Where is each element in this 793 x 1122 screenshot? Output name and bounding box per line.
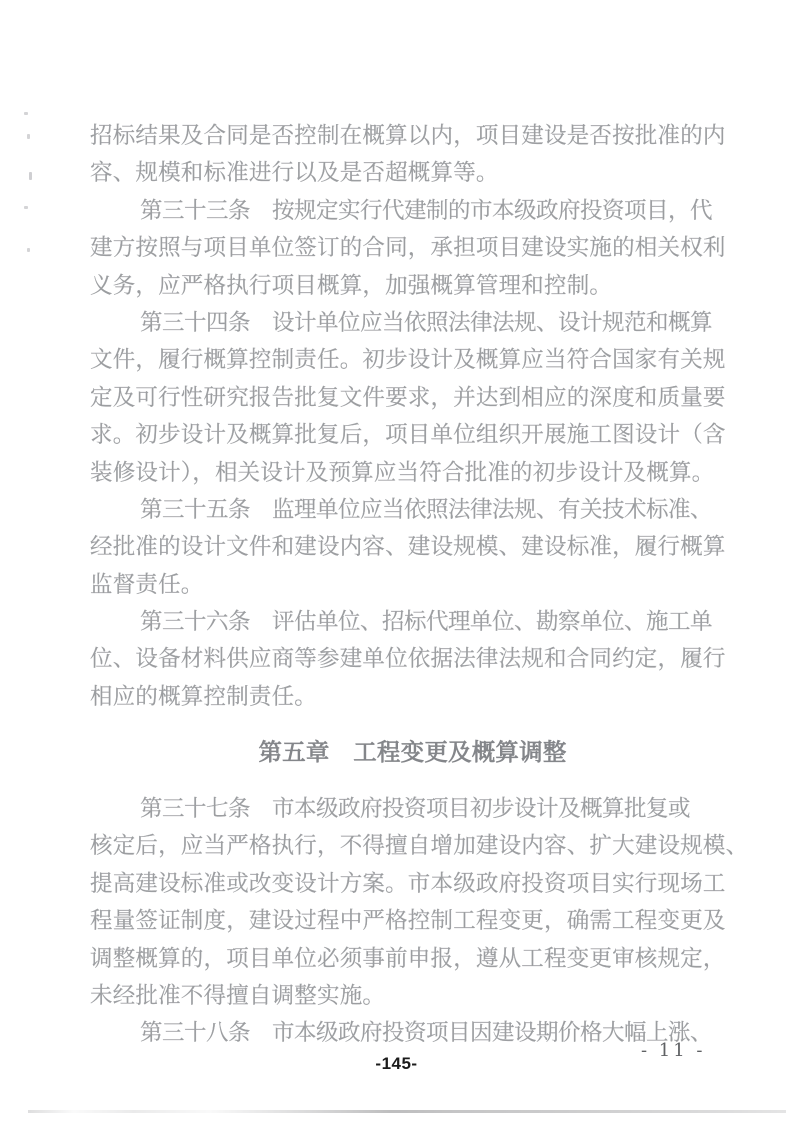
text-line: 调整概算的，项目单位必须事前申报，遵从工程变更审核规定， [90, 940, 735, 977]
text-line: 第三十三条 按规定实行代建制的市本级政府投资项目，代 [90, 192, 735, 229]
article-38: 第三十八条 市本级政府投资项目因建设期价格大幅上涨、 [90, 1014, 735, 1051]
scan-speck-artifact [29, 172, 32, 180]
text-line: 义务，应严格执行项目概算，加强概算管理和控制。 [90, 267, 735, 304]
text-line: 经批准的设计文件和建设内容、建设规模、建设标准，履行概算 [90, 528, 735, 565]
chapter-heading: 第五章 工程变更及概算调整 [90, 734, 735, 771]
text-line: 定及可行性研究报告批复文件要求，并达到相应的深度和质量要 [90, 379, 735, 416]
text-line: 未经批准不得擅自调整实施。 [90, 977, 735, 1014]
text-line: 相应的概算控制责任。 [90, 678, 735, 715]
text-line: 第三十八条 市本级政府投资项目因建设期价格大幅上涨、 [90, 1014, 735, 1051]
text-line: 程量签证制度，建设过程中严格控制工程变更，确需工程变更及 [90, 902, 735, 939]
text-line: 位、设备材料供应商等参建单位依据法律法规和合同约定，履行 [90, 640, 735, 677]
article-34: 第三十四条 设计单位应当依照法律法规、设计规范和概算 文件，履行概算控制责任。初… [90, 304, 735, 491]
text-line: 文件，履行概算控制责任。初步设计及概算应当符合国家有关规 [90, 341, 735, 378]
text-line: 第三十四条 设计单位应当依照法律法规、设计规范和概算 [90, 304, 735, 341]
text-line: 监督责任。 [90, 566, 735, 603]
scan-edge-artifact [28, 1110, 786, 1113]
article-37: 第三十七条 市本级政府投资项目初步设计及概算批复或 核定后，应当严格执行，不得擅… [90, 790, 735, 1014]
text-line: 第三十七条 市本级政府投资项目初步设计及概算批复或 [90, 790, 735, 827]
scan-speck-artifact [24, 206, 28, 209]
text-line: 第三十五条 监理单位应当依照法律法规、有关技术标准、 [90, 491, 735, 528]
text-line: 第三十六条 评估单位、招标代理单位、勘察单位、施工单 [90, 603, 735, 640]
text-line: 求。初步设计及概算批复后，项目单位组织开展施工图设计（含 [90, 416, 735, 453]
paragraph-continuation: 招标结果及合同是否控制在概算以内，项目建设是否按批准的内 容、规模和标准进行以及… [90, 117, 735, 192]
chapter-heading-text: 第五章 工程变更及概算调整 [90, 734, 735, 771]
text-line: 建方按照与项目单位签订的合同，承担项目建设实施的相关权利 [90, 229, 735, 266]
article-35: 第三十五条 监理单位应当依照法律法规、有关技术标准、 经批准的设计文件和建设内容… [90, 491, 735, 603]
text-line: 招标结果及合同是否控制在概算以内，项目建设是否按批准的内 [90, 117, 735, 154]
text-line: 核定后，应当严格执行，不得擅自增加建设内容、扩大建设规模、 [90, 827, 735, 864]
scan-speck-artifact [27, 248, 30, 252]
text-line: 装修设计），相关设计及预算应当符合批准的初步设计及概算。 [90, 454, 735, 491]
scan-speck-artifact [24, 112, 28, 115]
scan-speck-artifact [27, 134, 30, 139]
document-body: 招标结果及合同是否控制在概算以内，项目建设是否按批准的内 容、规模和标准进行以及… [90, 117, 735, 1052]
article-33: 第三十三条 按规定实行代建制的市本级政府投资项目，代 建方按照与项目单位签订的合… [90, 192, 735, 304]
text-line: 提高建设标准或改变设计方案。市本级政府投资项目实行现场工 [90, 865, 735, 902]
article-36: 第三十六条 评估单位、招标代理单位、勘察单位、施工单 位、设备材料供应商等参建单… [90, 603, 735, 715]
text-line: 容、规模和标准进行以及是否超概算等。 [90, 154, 735, 191]
scanned-document-page: 招标结果及合同是否控制在概算以内，项目建设是否按批准的内 容、规模和标准进行以及… [0, 0, 793, 1122]
original-page-number: - 11 - [641, 1040, 706, 1061]
